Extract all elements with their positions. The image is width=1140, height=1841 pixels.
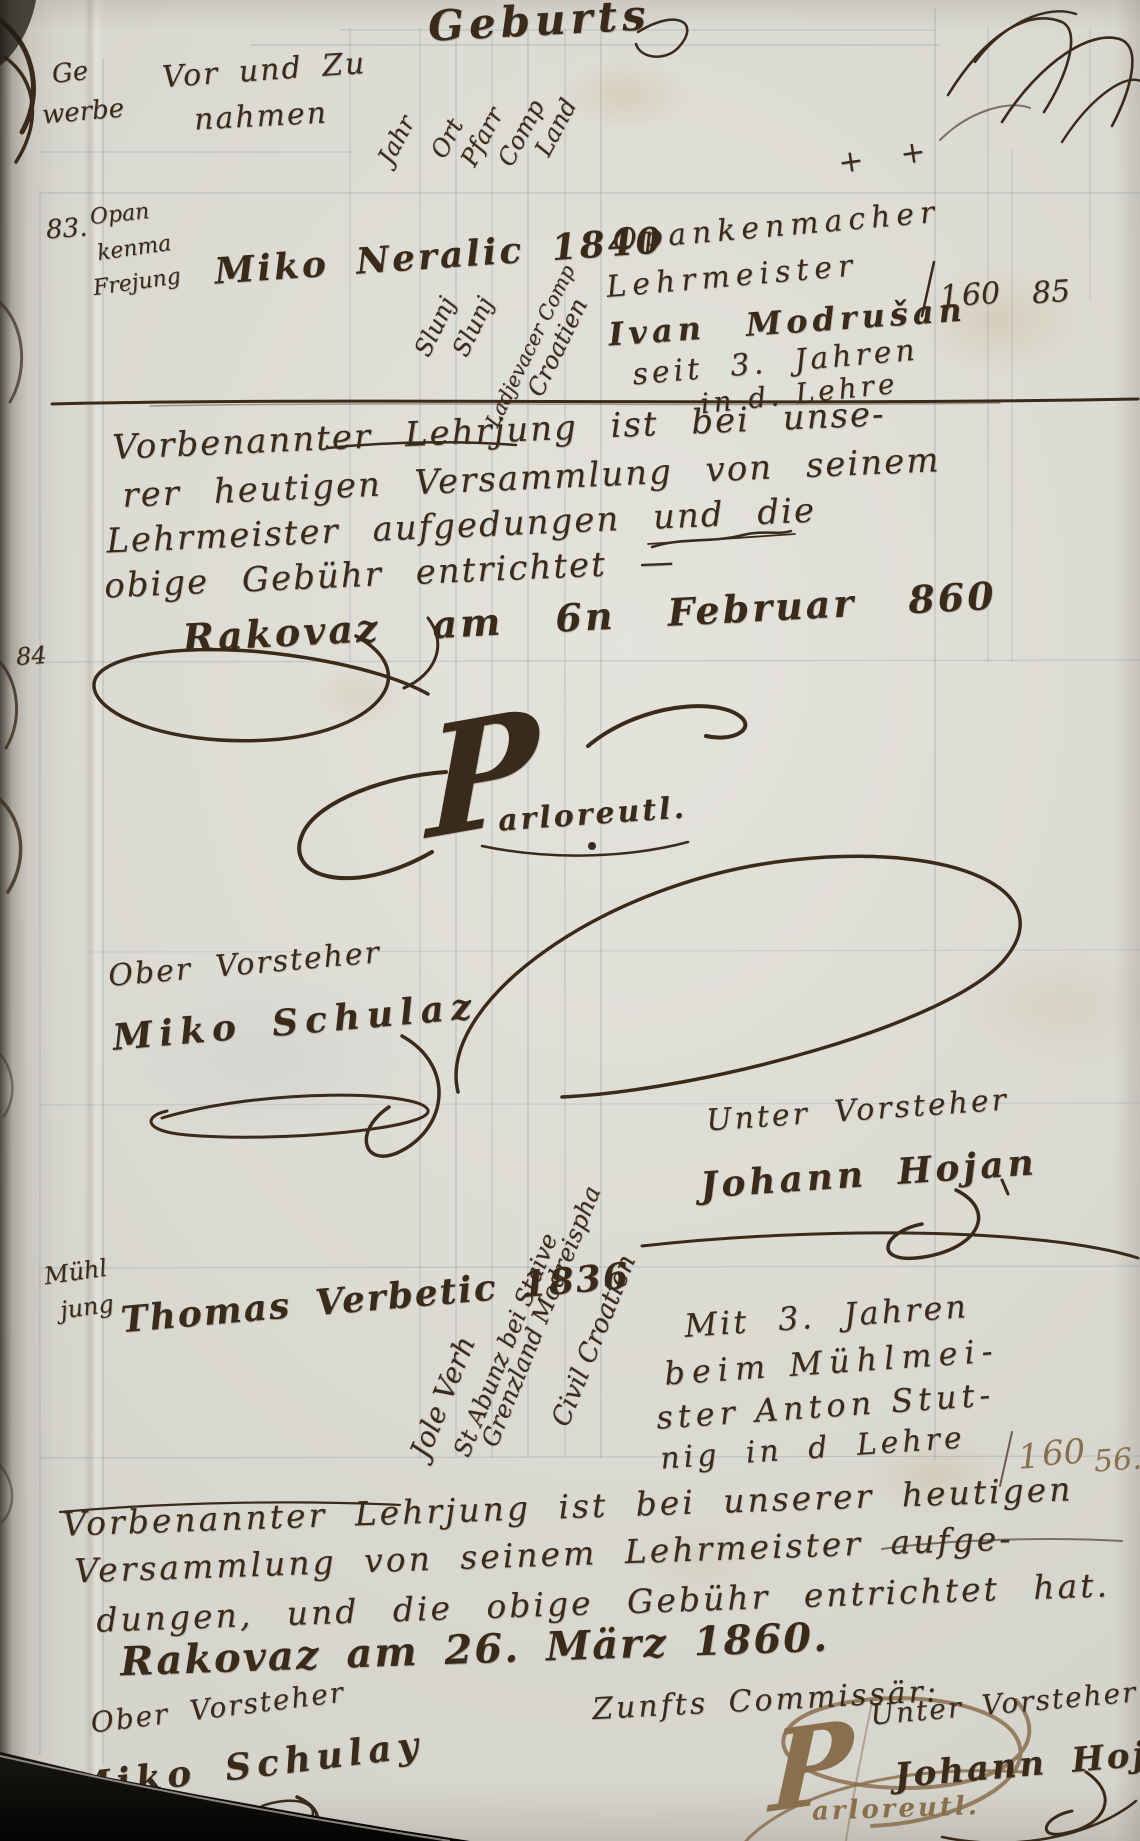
entry1-margin-note: Frejung xyxy=(92,266,182,300)
corner-scribble xyxy=(1062,80,1140,142)
plus-marks: + + xyxy=(836,135,941,179)
binding-scribble xyxy=(0,298,22,402)
grand-oval-flourish xyxy=(456,856,1020,1097)
corner-scribble xyxy=(975,11,1076,62)
commissioner-p-swash xyxy=(299,772,446,878)
entry1-apprentice-name: Miko Neralic 1840 xyxy=(213,222,665,289)
commissioner-period xyxy=(588,842,596,850)
entry1-margin-note: Opan xyxy=(89,201,150,229)
entry2-fee-gulden: 1 xyxy=(1017,1439,1041,1474)
signature1-left-name: Miko Schulaz xyxy=(111,988,479,1056)
entry2-birth-detail: Grenzland Modreispha xyxy=(478,1183,605,1450)
signature1-right-role: Unter Vorsteher xyxy=(705,1085,1010,1136)
schulaz-underline-flourish xyxy=(151,1095,428,1137)
column-header-trade-2: werbe xyxy=(41,95,125,128)
entry2-fee-kreuzer: 60 xyxy=(1041,1435,1087,1472)
binding-scribble xyxy=(0,18,33,132)
entry1-margin-note: kenma xyxy=(96,233,173,265)
binding-scribble xyxy=(0,1050,12,1116)
entry-number: 83. xyxy=(45,215,88,244)
commissioner-p-topcurl xyxy=(588,706,745,746)
entry2-note-line: Mit 3. Jahren xyxy=(683,1290,970,1342)
entry1-note-line: Opankenmacher xyxy=(611,198,941,257)
signature2-left-role: Ober Vorsteher xyxy=(89,1679,346,1738)
corner-scribble xyxy=(1002,38,1132,126)
signature1-right-name: Johann Hojan xyxy=(699,1144,1039,1203)
signature2-right-name: Johann Hojan xyxy=(893,1733,1140,1794)
binding-scribble xyxy=(0,1462,12,1522)
guild-register-page: Geburts Ge werbe Vor und Zu nahmen Jahr … xyxy=(0,0,1140,1841)
column-header-name-1: Vor und Zu xyxy=(161,49,367,93)
next-entry-number-fragment: 84 xyxy=(15,643,47,669)
hojan-underline-sweep xyxy=(642,1233,1138,1258)
entry1-fee-gulden: 1 xyxy=(939,281,960,312)
entry1-fee-kreuzer: 60 xyxy=(961,279,1001,312)
entry1-fee-number: 85 xyxy=(1031,277,1071,310)
signature1-left-role: Ober Vorsteher xyxy=(107,938,382,992)
binding-scribble xyxy=(6,58,32,162)
corner-scribble xyxy=(948,18,1071,112)
entry2-margin-note: jung xyxy=(59,1291,116,1322)
binding-scribble xyxy=(0,798,21,892)
hojan-descender-flourish xyxy=(888,1190,979,1258)
corner-scribble xyxy=(940,105,1030,140)
binding-ink-blob xyxy=(0,0,36,66)
binding-scribble xyxy=(0,658,17,748)
signature2-commissioner-tail: arloreutl. xyxy=(812,1793,981,1825)
column-header-name-2: nahmen xyxy=(193,99,328,136)
schulaz-descender-flourish xyxy=(366,1036,439,1156)
entry2-margin-note: Mühl xyxy=(43,1256,109,1289)
birth-column-header: Jahr xyxy=(374,112,419,168)
separator-ink-line xyxy=(52,399,1138,404)
column-header-trade-1: Ge xyxy=(51,58,90,88)
page-title: Geburts xyxy=(427,0,652,48)
entry2-fee-number: 56. xyxy=(1093,1444,1140,1477)
